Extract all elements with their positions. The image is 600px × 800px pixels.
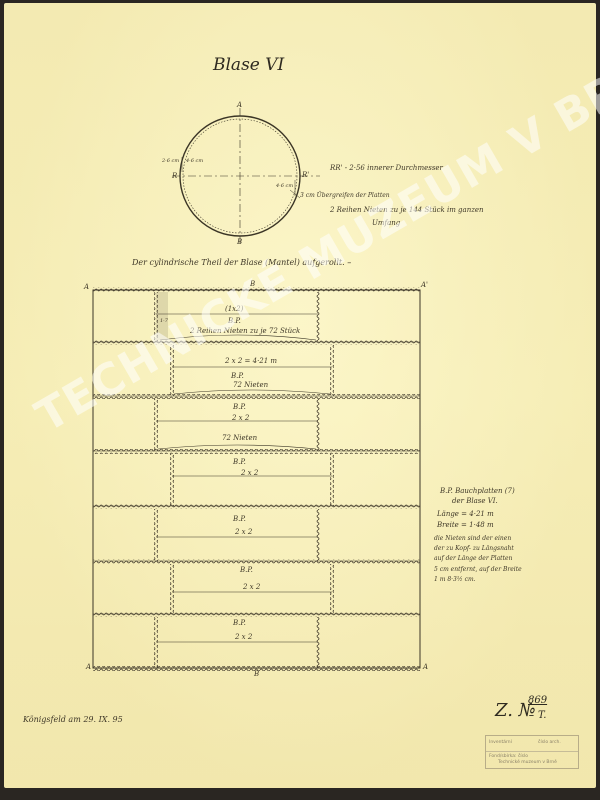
row-4-mid-text: 2 x 2 [241,469,258,477]
corner-bottom-left: A [86,663,91,671]
dim-right: 4·6 cm [276,183,293,189]
label-a-top: A [237,101,242,109]
row-1-bottom-text: 2 Reihen Nieten zu je 72 Stück [190,327,300,335]
legend-note2: der zu Kopf- zu Längsnaht [434,545,514,552]
dim-left-outer: 2·6 cm [162,158,179,164]
row-1-side-text: 1·7 [160,318,168,324]
label-r-left: R [172,172,177,180]
rivet-note-line1: 2 Reihen Nieten zu je 144 Stück im ganze… [330,206,484,214]
legend-line1: B.P. Bauchplatten (7) [440,487,515,495]
inventory-number: 869 [528,695,547,706]
legend-line2: der Blase VI. [452,497,498,505]
corner-top-left: A [84,283,89,291]
row-3-top-text: B.P. [233,403,246,411]
place-date: Königsfeld am 29. IX. 95 [23,715,123,724]
row-7-top-text: B.P. [233,619,246,627]
stamp-row1-left: Inventární [489,740,512,745]
dim-left-inner: 4·6 cm [186,158,203,164]
inventory-denominator: T. [538,710,546,721]
row-5-mid-text: 2 x 2 [235,528,252,536]
row-4-top-text: B.P. [233,458,246,466]
row-6-mid-text: 2 x 2 [243,583,260,591]
shell-development [93,287,420,671]
boiler-cross-section [172,108,320,246]
stamp-row1-right: číslo arch. [538,740,561,745]
rivet-note-line2: Umfang [372,219,400,227]
row-2-bottom-text: 72 Nieten [233,381,268,389]
legend-note3: auf der Länge der Platten [434,555,512,562]
vertical-rivet-seams [154,292,334,668]
row-3-bottom-text: 72 Nieten [222,434,257,442]
label-r-right: R' [302,171,309,179]
row-3-mid-text: 2 x 2 [232,414,249,422]
stamp-divider [486,751,578,752]
legend-length: Länge = 4·21 m [437,510,494,518]
archive-stamp: Inventární číslo arch. Fond/sbírka: čísl… [485,735,579,769]
legend-width: Breite = 1·48 m [437,521,494,529]
row-2-mid-text: B.P. [231,372,244,380]
development-caption: Der cylindrische Theil der Blase (Mantel… [132,258,351,267]
corner-top-right: A' [421,281,428,289]
row-5-top-text: B.P. [233,515,246,523]
overlap-note: 3 cm Übergreifen der Platten [300,192,390,199]
legend-note5: 1 m 8·3½ cm. [434,576,476,583]
row-6-top-text: B.P. [240,566,253,574]
row-7-mid-text: 2 x 2 [235,633,252,641]
bottom-center-label: B [254,670,259,678]
row-1-top-text: (1x2) [225,305,243,313]
label-b-bottom: B [237,238,242,246]
row-1-mid-text: B.P. [228,317,241,325]
stamp-row3: Technické muzeum v Brně [498,760,557,765]
horizontal-rivet-seams [93,287,420,671]
row-2-top-text: 2 x 2 = 4·21 m [225,357,277,365]
legend-note4: 5 cm entfernt, auf der Breite [434,566,522,573]
diameter-note: RR' - 2·56 innerer Durchmesser [330,164,443,172]
technical-drawing [0,0,600,800]
corner-bottom-right: A [423,663,428,671]
legend-note1: die Nieten sind der einen [434,535,511,542]
stamp-row2: Fond/sbírka: číslo [489,754,528,759]
top-center-label: B [250,280,255,288]
